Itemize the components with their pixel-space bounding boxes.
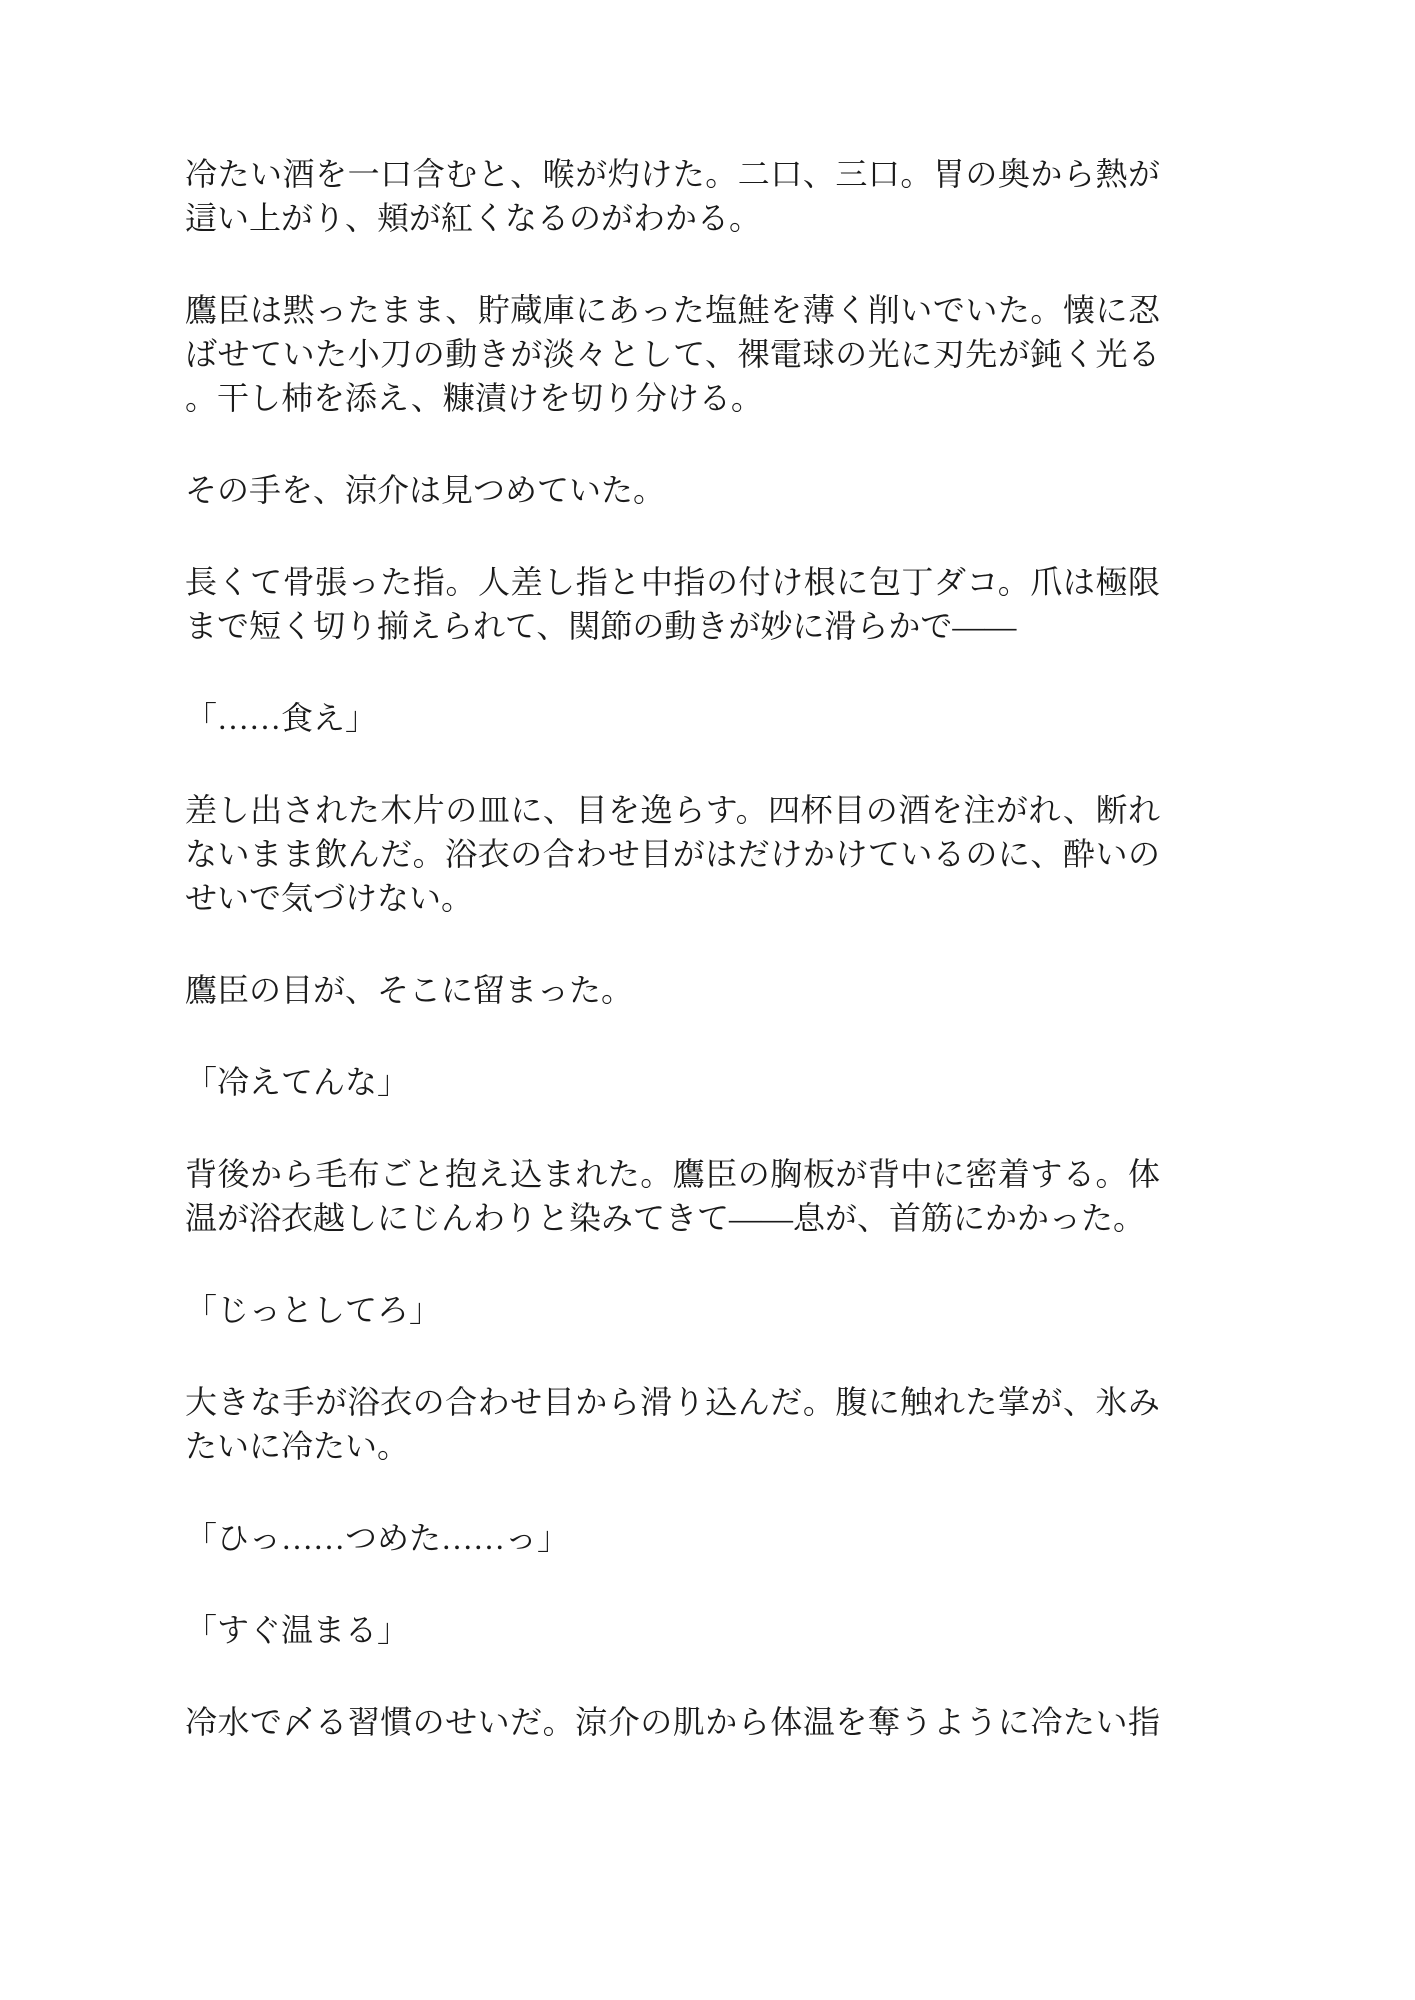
dialogue-paragraph: 「じっとしてろ」 <box>185 1288 1160 1332</box>
narration-paragraph: 鷹臣の目が、そこに留まった。 <box>185 968 1160 1012</box>
text-line: 冷たい酒を一口含むと、喉が灼けた。二口、三口。胃の奥から熱が <box>185 152 1160 196</box>
narration-paragraph: 大きな手が浴衣の合わせ目から滑り込んだ。腹に触れた掌が、氷みたいに冷たい。 <box>185 1380 1160 1468</box>
text-line: 「すぐ温まる」 <box>185 1608 1160 1652</box>
text-line: 鷹臣は黙ったまま、貯蔵庫にあった塩鮭を薄く削いでいた。懐に忍 <box>185 288 1160 332</box>
dialogue-paragraph: 「冷えてんな」 <box>185 1060 1160 1104</box>
text-line: 差し出された木片の皿に、目を逸らす。四杯目の酒を注がれ、断れ <box>185 788 1160 832</box>
text-line: 「……食え」 <box>185 696 1160 740</box>
text-line: 「ひっ……つめた……っ」 <box>185 1516 1160 1560</box>
text-line: まで短く切り揃えられて、関節の動きが妙に滑らかで―― <box>185 604 1160 648</box>
dialogue-paragraph: 「……食え」 <box>185 696 1160 740</box>
text-line: せいで気づけない。 <box>185 876 1160 920</box>
text-line: 這い上がり、頬が紅くなるのがわかる。 <box>185 196 1160 240</box>
narration-paragraph: 鷹臣は黙ったまま、貯蔵庫にあった塩鮭を薄く削いでいた。懐に忍ばせていた小刀の動き… <box>185 288 1160 420</box>
narration-paragraph: 冷たい酒を一口含むと、喉が灼けた。二口、三口。胃の奥から熱が這い上がり、頬が紅く… <box>185 152 1160 240</box>
document-page: 冷たい酒を一口含むと、喉が灼けた。二口、三口。胃の奥から熱が這い上がり、頬が紅く… <box>0 0 1415 2000</box>
text-line: たいに冷たい。 <box>185 1424 1160 1468</box>
text-column: 冷たい酒を一口含むと、喉が灼けた。二口、三口。胃の奥から熱が這い上がり、頬が紅く… <box>185 152 1160 1744</box>
text-line: 鷹臣の目が、そこに留まった。 <box>185 968 1160 1012</box>
text-line: 背後から毛布ごと抱え込まれた。鷹臣の胸板が背中に密着する。体 <box>185 1152 1160 1196</box>
text-line: ないまま飲んだ。浴衣の合わせ目がはだけかけているのに、酔いの <box>185 832 1160 876</box>
dialogue-paragraph: 「すぐ温まる」 <box>185 1608 1160 1652</box>
text-line: 。干し柿を添え、糠漬けを切り分ける。 <box>185 376 1160 420</box>
narration-paragraph: 背後から毛布ごと抱え込まれた。鷹臣の胸板が背中に密着する。体温が浴衣越しにじんわ… <box>185 1152 1160 1240</box>
dialogue-paragraph: 「ひっ……つめた……っ」 <box>185 1516 1160 1560</box>
text-line: 大きな手が浴衣の合わせ目から滑り込んだ。腹に触れた掌が、氷み <box>185 1380 1160 1424</box>
narration-paragraph: 差し出された木片の皿に、目を逸らす。四杯目の酒を注がれ、断れないまま飲んだ。浴衣… <box>185 788 1160 920</box>
text-line: 冷水で〆る習慣のせいだ。涼介の肌から体温を奪うように冷たい指 <box>185 1700 1160 1744</box>
text-line: ばせていた小刀の動きが淡々として、裸電球の光に刃先が鈍く光る <box>185 332 1160 376</box>
text-line: 「じっとしてろ」 <box>185 1288 1160 1332</box>
text-line: その手を、涼介は見つめていた。 <box>185 468 1160 512</box>
text-line: 長くて骨張った指。人差し指と中指の付け根に包丁ダコ。爪は極限 <box>185 560 1160 604</box>
narration-paragraph: その手を、涼介は見つめていた。 <box>185 468 1160 512</box>
text-line: 温が浴衣越しにじんわりと染みてきて――息が、首筋にかかった。 <box>185 1196 1160 1240</box>
narration-paragraph: 長くて骨張った指。人差し指と中指の付け根に包丁ダコ。爪は極限まで短く切り揃えられ… <box>185 560 1160 648</box>
narration-paragraph: 冷水で〆る習慣のせいだ。涼介の肌から体温を奪うように冷たい指 <box>185 1700 1160 1744</box>
text-line: 「冷えてんな」 <box>185 1060 1160 1104</box>
